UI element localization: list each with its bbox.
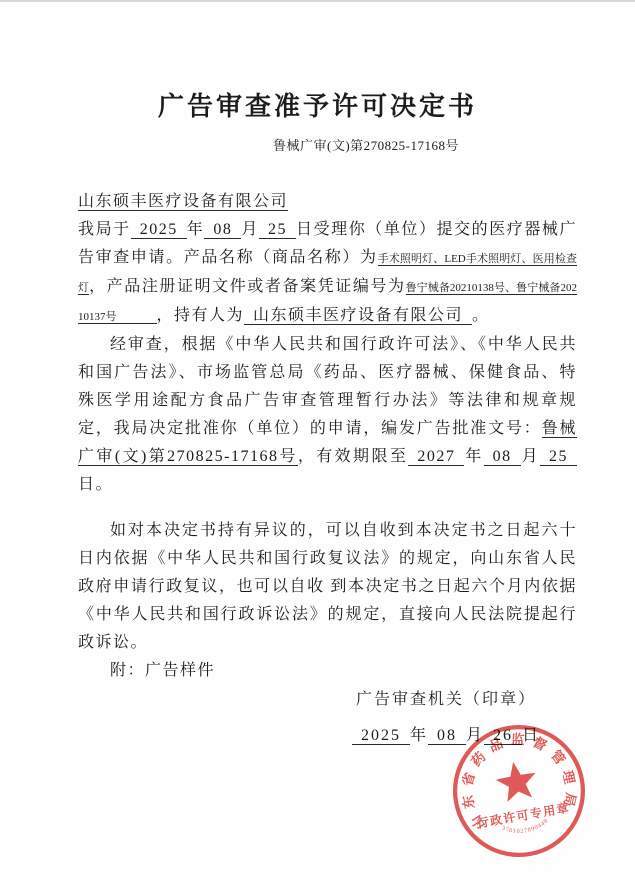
recipient-line: 山东硕丰医疗设备有限公司 [78, 188, 577, 216]
text-segment: ，持有人为 [157, 307, 245, 324]
text-segment: 。 [472, 307, 490, 324]
text-segment: ，产品注册证明文件或者备案凭证编号为 [89, 278, 406, 295]
sign-year-field: 2025 [352, 727, 410, 745]
paragraph-appeal: 如对本决定书持有异议的，可以自收到本决定书之日起六十日内依据《中华人民共和国行政… [78, 517, 577, 657]
issuing-agency-label: 广告审查机关（印章） [352, 686, 540, 709]
text-segment: ，有效期限至 [298, 448, 409, 465]
text-segment: 月 [466, 727, 484, 744]
text-segment: 我局于 [78, 221, 131, 238]
document-page: 广告审查准予许可决定书 鲁械广审(文)第270825-17168号 山东硕丰医疗… [0, 0, 635, 872]
document-number: 鲁械广审(文)第270825-17168号 [0, 135, 635, 154]
document-title: 广告审查准予许可决定书 [0, 86, 635, 123]
text-segment: 月 [521, 448, 540, 465]
text-segment: 年 [410, 727, 428, 744]
holder-name-field: 山东硕丰医疗设备有限公司 [244, 307, 472, 325]
attachment-note: 附：广告样件 [78, 657, 577, 685]
seal-star-icon [493, 758, 540, 803]
sign-day-field: 26 [484, 727, 522, 745]
accept-day-field: 25 [259, 221, 296, 239]
accept-month-field: 08 [204, 221, 241, 239]
text-segment: 年 [464, 448, 483, 465]
signature-date: 2025年08月26日 [352, 722, 540, 745]
text-segment: 日 [522, 727, 540, 744]
accept-year-field: 2025 [131, 221, 187, 239]
expiry-year-field: 2027 [408, 448, 464, 466]
sign-month-field: 08 [428, 727, 466, 745]
paragraph-approval: 经审查，根据《中华人民共和国行政许可法》、《中华人民共和国广告法》、市场监管总局… [78, 331, 577, 499]
document-body: 山东硕丰医疗设备有限公司 我局于2025年08月25日受理你（单位）提交的医疗器… [78, 188, 577, 685]
expiry-day-field: 25 [540, 448, 577, 466]
recipient-name: 山东硕丰医疗设备有限公司 [78, 193, 288, 211]
text-segment: 年 [187, 221, 205, 238]
seal-center-text: 行政许可专用章 [475, 800, 571, 831]
text-segment: 月 [241, 221, 259, 238]
text-segment: 日。 [78, 476, 113, 493]
paragraph-application: 我局于2025年08月25日受理你（单位）提交的医疗器械广告审查申请。产品名称（… [78, 216, 577, 331]
expiry-month-field: 08 [484, 448, 521, 466]
text-segment: 经审查，根据《中华人民共和国行政许可法》、《中华人民共和国广告法》、市场监管总局… [78, 336, 577, 437]
seal-serial-number: 3701027890449 [500, 817, 551, 838]
signature-block: 广告审查机关（印章） 2025年08月26日 [352, 686, 540, 745]
